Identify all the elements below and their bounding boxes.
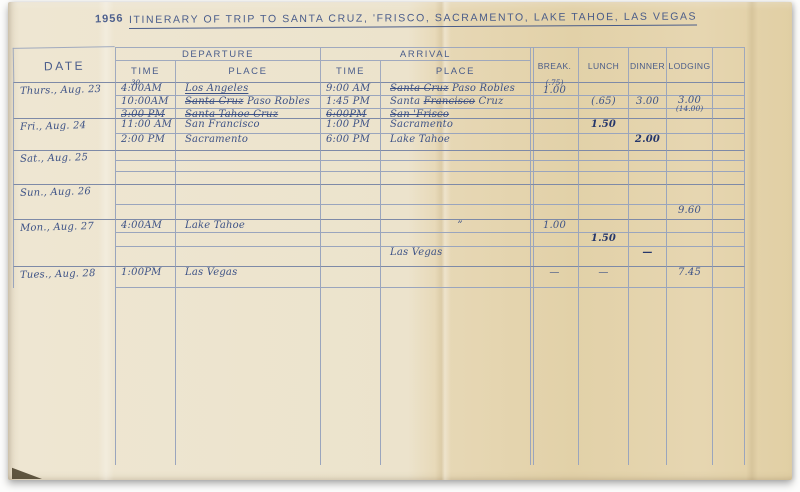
handwritten-entry: 10:00AM bbox=[121, 97, 169, 107]
word: 4:00AM bbox=[121, 83, 162, 94]
word: Las Vegas bbox=[185, 267, 237, 278]
dep_place-cell: Sacramento bbox=[175, 134, 320, 150]
dep_place-cell bbox=[175, 161, 320, 172]
arr_place-cell bbox=[380, 266, 530, 288]
handwritten-entry: 1.50 bbox=[591, 120, 616, 130]
word: 2.00 bbox=[635, 134, 660, 145]
empty-cell bbox=[666, 288, 712, 465]
dep_place-cell: Santa Cruz Paso Robles bbox=[175, 96, 320, 109]
header-lodging: LODGING bbox=[666, 47, 712, 82]
arr_place-cell bbox=[380, 205, 530, 219]
empty-cell bbox=[712, 205, 745, 219]
word: 1.00 bbox=[543, 220, 566, 231]
lunch-cell bbox=[578, 161, 628, 172]
arr_time-cell bbox=[320, 172, 380, 184]
arr_time-cell bbox=[320, 247, 380, 266]
breakfast-cell bbox=[530, 109, 578, 118]
empty-cell bbox=[578, 288, 628, 465]
empty-cell bbox=[175, 288, 320, 465]
itinerary-table: DATEDEPARTUREARRIVALBREAK.LUNCHDINNERLOD… bbox=[13, 47, 745, 465]
dinner-cell: 2.00 bbox=[628, 134, 666, 150]
handwritten-entry: (.65) bbox=[591, 97, 616, 107]
date-label: Mon., Aug. 27 bbox=[20, 222, 94, 234]
breakfast-cell bbox=[530, 96, 578, 109]
dep_place-cell bbox=[175, 184, 320, 205]
arr_time-cell: 1:45 PM bbox=[320, 96, 380, 109]
word: Paso Robles bbox=[449, 83, 515, 94]
lunch-cell bbox=[578, 109, 628, 118]
dep_place-cell bbox=[175, 150, 320, 161]
breakfast-cell: — bbox=[530, 266, 578, 288]
dep_place-cell: Lake Tahoe bbox=[175, 219, 320, 233]
arr_place-cell bbox=[380, 172, 530, 184]
dep_time-cell bbox=[115, 150, 175, 161]
date-cell: Sat., Aug. 25 bbox=[13, 150, 115, 184]
dep_place-cell: Las Vegas bbox=[175, 266, 320, 288]
empty-cell bbox=[712, 233, 745, 247]
handwritten-entry: Santa Francisco Cruz bbox=[390, 97, 503, 107]
handwritten-entry: — bbox=[598, 268, 608, 278]
header-time-departure: TIME bbox=[115, 61, 175, 82]
word: Santa bbox=[390, 96, 424, 107]
word: 1:45 PM bbox=[326, 96, 370, 107]
empty-cell bbox=[712, 109, 745, 118]
handwritten-entry: 2:00 PM bbox=[121, 135, 165, 145]
date-label: Fri., Aug. 24 bbox=[20, 121, 86, 133]
arr_place-cell: Sacramento bbox=[380, 118, 530, 134]
header-place-departure: PLACE bbox=[175, 61, 320, 82]
word: San Francisco bbox=[185, 119, 260, 130]
empty-cell bbox=[13, 288, 115, 465]
arr_place-cell: ” bbox=[380, 219, 530, 233]
dinner-cell bbox=[628, 219, 666, 233]
handwritten-entry: 1:00 PM bbox=[326, 120, 370, 130]
dinner-cell: — bbox=[628, 247, 666, 266]
lodging-cell bbox=[666, 150, 712, 161]
word: Sacramento bbox=[185, 134, 248, 145]
word: 1:00PM bbox=[121, 267, 162, 278]
handwritten-entry: 4:00AM bbox=[121, 221, 162, 231]
handwritten-entry: 1:00PM bbox=[121, 268, 162, 278]
dinner-cell bbox=[628, 266, 666, 288]
handwritten-entry: 304:00AM bbox=[121, 84, 162, 94]
handwritten-entry: 9.60 bbox=[678, 206, 701, 216]
word: (.65) bbox=[591, 96, 616, 107]
header-time-arrival: TIME bbox=[320, 61, 380, 82]
word: Las Vegas bbox=[390, 247, 442, 258]
handwritten-entry: Sacramento bbox=[185, 135, 248, 145]
handwritten-entry: 9:00 AM bbox=[326, 84, 371, 94]
arr_time-cell bbox=[320, 219, 380, 233]
handwritten-entry: Los Angeles bbox=[185, 84, 248, 94]
header-breakfast: BREAK. bbox=[530, 47, 578, 82]
breakfast-cell bbox=[530, 150, 578, 161]
arr_time-cell bbox=[320, 266, 380, 288]
word: 1:00 PM bbox=[326, 119, 370, 130]
empty-cell bbox=[712, 161, 745, 172]
lunch-cell: (.65) bbox=[578, 96, 628, 109]
word: Cruz bbox=[475, 96, 503, 107]
document-title: ITINERARY OF TRIP TO SANTA CRUZ, 'FRISCO… bbox=[129, 11, 697, 29]
arr_place-cell: Santa Cruz Paso Robles bbox=[380, 82, 530, 96]
date-cell: Mon., Aug. 27 bbox=[13, 219, 115, 266]
corner-fold-mark bbox=[12, 465, 42, 479]
dep_time-cell: 10:00AM bbox=[115, 96, 175, 109]
dep_time-cell bbox=[115, 161, 175, 172]
date-label: Sat., Aug. 25 bbox=[20, 153, 88, 165]
lodging-cell: 3.00(14.00) bbox=[666, 96, 712, 109]
breakfast-cell bbox=[530, 233, 578, 247]
lodging-cell bbox=[666, 172, 712, 184]
handwritten-entry: ” bbox=[457, 221, 462, 231]
empty-cell bbox=[320, 288, 380, 465]
dep_place-cell bbox=[175, 172, 320, 184]
handwritten-entry: — bbox=[642, 248, 652, 258]
empty-cell bbox=[712, 150, 745, 161]
arr_time-cell: 1:00 PM bbox=[320, 118, 380, 134]
handwritten-entry: — bbox=[549, 268, 559, 278]
dep_time-cell bbox=[115, 233, 175, 247]
lodging-cell bbox=[666, 247, 712, 266]
lunch-cell bbox=[578, 184, 628, 205]
word: Lake Tahoe bbox=[185, 220, 245, 231]
word: — bbox=[598, 267, 608, 278]
dep_time-cell: 3:00 PM bbox=[115, 109, 175, 118]
empty-cell bbox=[530, 288, 578, 465]
arr_place-cell: San 'Frisco bbox=[380, 109, 530, 118]
dep_time-cell bbox=[115, 205, 175, 219]
word: 1.50 bbox=[591, 119, 616, 130]
dep_time-cell bbox=[115, 247, 175, 266]
dinner-cell bbox=[628, 109, 666, 118]
header-lunch: LUNCH bbox=[578, 47, 628, 82]
header-departure: DEPARTURE bbox=[115, 47, 320, 61]
lunch-cell bbox=[578, 247, 628, 266]
empty-cell bbox=[115, 288, 175, 465]
dep_time-cell bbox=[115, 184, 175, 205]
document-title-row: 1956 ITINERARY OF TRIP TO SANTA CRUZ, 'F… bbox=[8, 2, 792, 38]
dinner-cell bbox=[628, 82, 666, 96]
dinner-cell bbox=[628, 172, 666, 184]
word: 9.60 bbox=[678, 205, 701, 216]
empty-cell bbox=[712, 118, 745, 134]
empty-cell bbox=[712, 134, 745, 150]
handwritten-entry: Sacramento bbox=[390, 120, 453, 130]
handwritten-entry: 1:45 PM bbox=[326, 97, 370, 107]
dinner-cell bbox=[628, 205, 666, 219]
correction-superscript: 30 bbox=[131, 78, 140, 88]
breakfast-cell bbox=[530, 172, 578, 184]
breakfast-cell: (.75)1.00 bbox=[530, 82, 578, 96]
date-cell: Sun., Aug. 26 bbox=[13, 184, 115, 219]
lunch-cell: 1.50 bbox=[578, 118, 628, 134]
arr_place-cell bbox=[380, 184, 530, 205]
arr_place-cell: Lake Tahoe bbox=[380, 134, 530, 150]
lodging-cell bbox=[666, 82, 712, 96]
dep_place-cell: San Francisco bbox=[175, 118, 320, 134]
date-cell: Thurs., Aug. 23 bbox=[13, 82, 115, 118]
handwritten-entry: 6:00 PM bbox=[326, 135, 370, 145]
arr_time-cell bbox=[320, 150, 380, 161]
breakfast-cell bbox=[530, 134, 578, 150]
arr_time-cell: 6:00 PM bbox=[320, 134, 380, 150]
lodging-cell bbox=[666, 161, 712, 172]
scanned-document-page: 1956 ITINERARY OF TRIP TO SANTA CRUZ, 'F… bbox=[0, 0, 800, 492]
dep_time-cell: 2:00 PM bbox=[115, 134, 175, 150]
word: 6:00 PM bbox=[326, 134, 370, 145]
header-date: DATE bbox=[13, 46, 116, 83]
word: ” bbox=[457, 220, 462, 231]
empty-cell bbox=[712, 288, 745, 465]
empty-cell bbox=[628, 288, 666, 465]
arr_place-cell bbox=[380, 233, 530, 247]
empty-cell bbox=[712, 96, 745, 109]
lodging-cell bbox=[666, 219, 712, 233]
arr_place-cell bbox=[380, 161, 530, 172]
struck-word: Francisco bbox=[424, 96, 475, 107]
empty-cell bbox=[712, 247, 745, 266]
arr_time-cell bbox=[320, 233, 380, 247]
word: Los Angeles bbox=[185, 83, 248, 94]
empty-cell bbox=[712, 82, 745, 96]
lodging-cell bbox=[666, 109, 712, 118]
word: 10:00AM bbox=[121, 96, 169, 107]
empty-cell bbox=[712, 184, 745, 205]
date-cell: Fri., Aug. 24 bbox=[13, 118, 115, 150]
header-arrival: ARRIVAL bbox=[320, 47, 530, 61]
dep_time-cell: 304:00AM bbox=[115, 82, 175, 96]
empty-cell bbox=[712, 172, 745, 184]
dep_place-cell bbox=[175, 233, 320, 247]
struck-word: Santa Cruz bbox=[185, 96, 244, 107]
dinner-cell bbox=[628, 150, 666, 161]
dinner-cell bbox=[628, 233, 666, 247]
arr_place-cell bbox=[380, 150, 530, 161]
handwritten-entry: Las Vegas bbox=[185, 268, 237, 278]
lodging-cell: 9.60 bbox=[666, 205, 712, 219]
lunch-cell: — bbox=[578, 266, 628, 288]
arr_place-cell: Santa Francisco Cruz bbox=[380, 96, 530, 109]
word: 11:00 AM bbox=[121, 119, 172, 130]
dep_place-cell: Santa Tahoe Cruz bbox=[175, 109, 320, 118]
arr_time-cell: 6:00PM bbox=[320, 109, 380, 118]
header-place-arrival: PLACE bbox=[380, 61, 530, 82]
dinner-cell: 3.00 bbox=[628, 96, 666, 109]
handwritten-entry: 3.00 bbox=[636, 97, 659, 107]
empty-cell bbox=[712, 266, 745, 288]
word: Lake Tahoe bbox=[390, 134, 450, 145]
breakfast-cell: 1.00 bbox=[530, 219, 578, 233]
dep_place-cell bbox=[175, 247, 320, 266]
header-extra-column bbox=[712, 47, 745, 82]
word: Sacramento bbox=[390, 119, 453, 130]
handwritten-entry: (.75)1.00 bbox=[543, 79, 566, 95]
struck-word: Santa Cruz bbox=[390, 83, 449, 94]
handwritten-entry: Las Vegas bbox=[390, 248, 442, 258]
dep_time-cell bbox=[115, 172, 175, 184]
lunch-cell bbox=[578, 82, 628, 96]
word: 4:00AM bbox=[121, 220, 162, 231]
empty-cell bbox=[380, 288, 530, 465]
lunch-cell bbox=[578, 219, 628, 233]
dinner-cell bbox=[628, 161, 666, 172]
word: 3.00 bbox=[636, 96, 659, 107]
word: — bbox=[549, 267, 559, 278]
arr_time-cell bbox=[320, 161, 380, 172]
lunch-cell bbox=[578, 150, 628, 161]
breakfast-cell bbox=[530, 184, 578, 205]
word: 9:00 AM bbox=[326, 83, 371, 94]
handwritten-entry: 11:00 AM bbox=[121, 120, 172, 130]
dinner-cell bbox=[628, 118, 666, 134]
breakfast-cell bbox=[530, 161, 578, 172]
dinner-cell bbox=[628, 184, 666, 205]
arr_time-cell bbox=[320, 184, 380, 205]
lodging-cell bbox=[666, 184, 712, 205]
lodging-cell bbox=[666, 233, 712, 247]
handwritten-entry: Lake Tahoe bbox=[185, 221, 245, 231]
word: 1.00 bbox=[543, 85, 566, 96]
dep_time-cell: 4:00AM bbox=[115, 219, 175, 233]
dep_time-cell: 11:00 AM bbox=[115, 118, 175, 134]
handwritten-entry: 2.00 bbox=[635, 135, 660, 145]
year-label: 1956 bbox=[95, 13, 124, 26]
itinerary-paper-sheet: 1956 ITINERARY OF TRIP TO SANTA CRUZ, 'F… bbox=[8, 2, 792, 480]
breakfast-cell bbox=[530, 247, 578, 266]
word: 2:00 PM bbox=[121, 134, 165, 145]
handwritten-entry: Santa Cruz Paso Robles bbox=[185, 97, 310, 107]
word: — bbox=[642, 247, 652, 258]
breakfast-cell bbox=[530, 118, 578, 134]
date-label: Sun., Aug. 26 bbox=[20, 187, 91, 199]
header-dinner: DINNER bbox=[628, 47, 666, 82]
handwritten-entry: Santa Cruz Paso Robles bbox=[390, 84, 515, 94]
date-cell: Tues., Aug. 28 bbox=[13, 266, 115, 288]
handwritten-entry: 1.50 bbox=[591, 234, 616, 244]
breakfast-cell bbox=[530, 205, 578, 219]
date-label: Thurs., Aug. 23 bbox=[20, 85, 101, 97]
paper-crease bbox=[746, 2, 758, 480]
handwritten-entry: 7.45 bbox=[678, 268, 701, 278]
lunch-cell bbox=[578, 134, 628, 150]
lodging-cell bbox=[666, 134, 712, 150]
word: Paso Robles bbox=[244, 96, 310, 107]
lodging-cell bbox=[666, 118, 712, 134]
arr_place-cell: Las Vegas bbox=[380, 247, 530, 266]
handwritten-entry: San Francisco bbox=[185, 120, 260, 130]
dep_place-cell bbox=[175, 205, 320, 219]
dep_time-cell: 1:00PM bbox=[115, 266, 175, 288]
handwritten-entry: 1.00 bbox=[543, 221, 566, 231]
arr_time-cell bbox=[320, 205, 380, 219]
date-label: Tues., Aug. 28 bbox=[20, 269, 96, 281]
word: 7.45 bbox=[678, 267, 701, 278]
word: 1.50 bbox=[591, 233, 616, 244]
handwritten-entry: Lake Tahoe bbox=[390, 135, 450, 145]
empty-cell bbox=[712, 219, 745, 233]
lodging-cell: 7.45 bbox=[666, 266, 712, 288]
dep_place-cell: Los Angeles bbox=[175, 82, 320, 96]
lunch-cell bbox=[578, 172, 628, 184]
lunch-cell: 1.50 bbox=[578, 233, 628, 247]
lunch-cell bbox=[578, 205, 628, 219]
arr_time-cell: 9:00 AM bbox=[320, 82, 380, 96]
